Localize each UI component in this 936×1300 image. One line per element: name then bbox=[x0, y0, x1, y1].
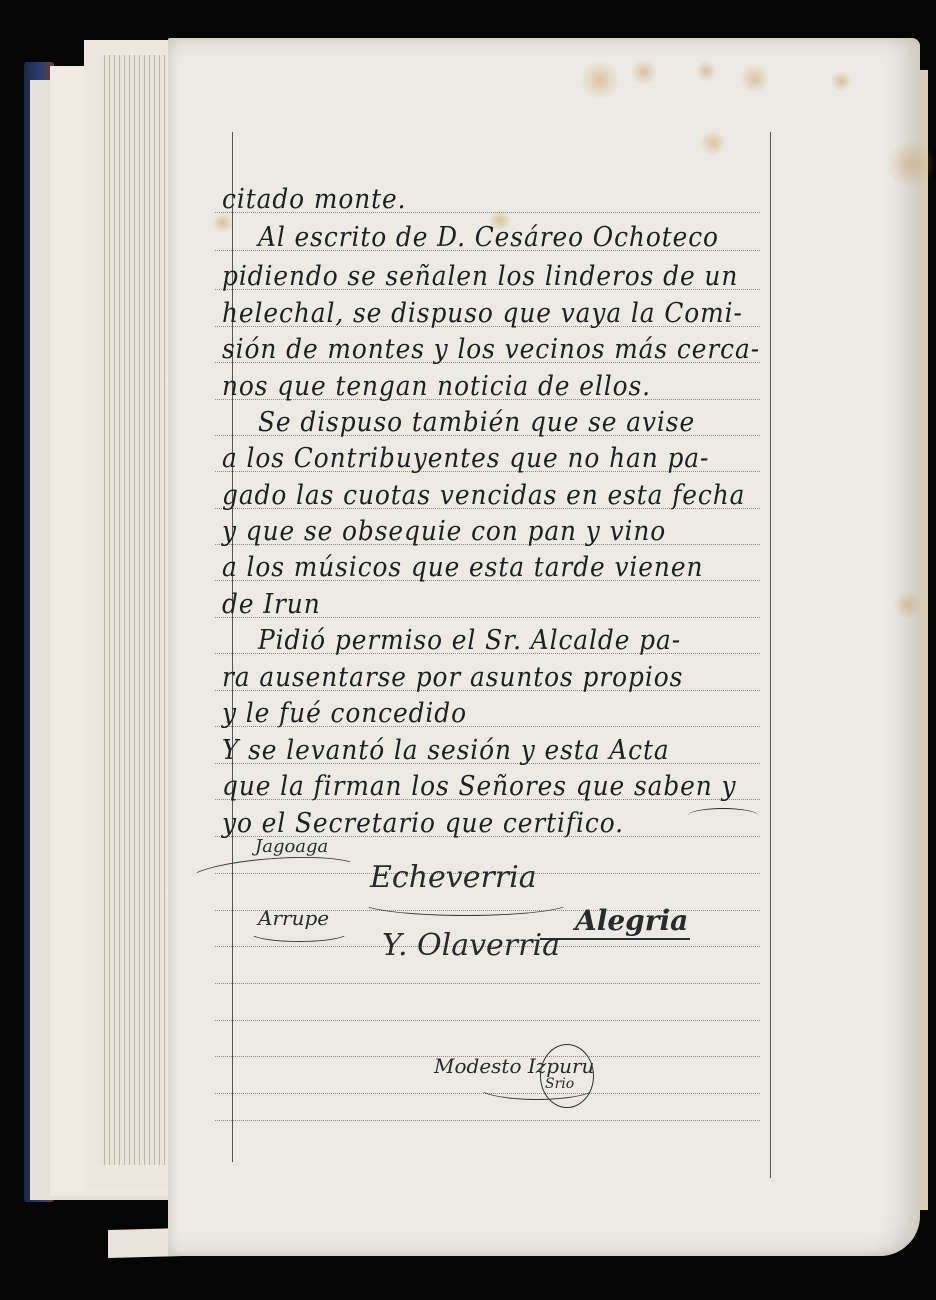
signature-flourish bbox=[476, 1072, 598, 1100]
body-line: a los músicos que esta tarde vienen bbox=[222, 554, 728, 581]
foxing-stain bbox=[887, 140, 935, 188]
body-line: pidiendo se señalen los linderos de un bbox=[222, 263, 728, 290]
foxing-stain bbox=[830, 70, 852, 92]
foxing-stain bbox=[695, 60, 717, 82]
body-line: Pidió permiso el Sr. Alcalde pa- bbox=[258, 627, 764, 654]
body-line: y que se obsequie con pan y vino bbox=[222, 518, 728, 545]
body-line: de Irun bbox=[222, 591, 728, 618]
foxing-stain bbox=[700, 130, 726, 156]
body-line: y le fué concedido bbox=[222, 700, 728, 727]
ruled-line bbox=[215, 1120, 760, 1121]
margin-rule-right bbox=[770, 132, 771, 1178]
body-line: ra ausentarse por asuntos propios bbox=[222, 664, 728, 691]
page-stack-edges bbox=[100, 55, 166, 1165]
foxing-stain bbox=[895, 590, 921, 620]
body-line: Se dispuso también que se avise bbox=[258, 409, 764, 436]
body-line: helechal, se dispuso que vaya la Comi- bbox=[222, 300, 728, 327]
signature-flourish bbox=[248, 922, 350, 942]
foxing-stain bbox=[630, 58, 658, 86]
signature-flourish bbox=[360, 888, 572, 916]
signature-alegria: Alegria bbox=[575, 904, 688, 937]
body-line: citado monte. bbox=[222, 186, 728, 213]
foxing-stain bbox=[212, 212, 234, 234]
body-line: a los Contribuyentes que no han pa- bbox=[222, 445, 728, 472]
signature-jagoaga: Jagoaga bbox=[255, 836, 328, 857]
body-line: Al escrito de D. Cesáreo Ochoteco bbox=[258, 224, 764, 251]
body-line: Y se levantó la sesión y esta Acta bbox=[222, 737, 728, 764]
body-line: gado las cuotas vencidas en esta fecha bbox=[222, 482, 728, 509]
body-line: sión de montes y los vecinos más cerca- bbox=[222, 336, 728, 363]
ruled-line bbox=[215, 983, 760, 984]
body-line: yo el Secretario que certifico. bbox=[222, 810, 728, 837]
foxing-stain bbox=[580, 60, 620, 100]
signature-olaverria: Y. Olaverria bbox=[382, 928, 560, 963]
body-line: que la firman los Señores que saben y bbox=[222, 773, 728, 800]
closing-stroke bbox=[688, 808, 758, 823]
body-line: nos que tengan noticia de ellos. bbox=[222, 373, 728, 400]
ruled-line bbox=[215, 1020, 760, 1021]
signature-underline bbox=[540, 938, 690, 940]
foxing-stain bbox=[740, 64, 770, 94]
